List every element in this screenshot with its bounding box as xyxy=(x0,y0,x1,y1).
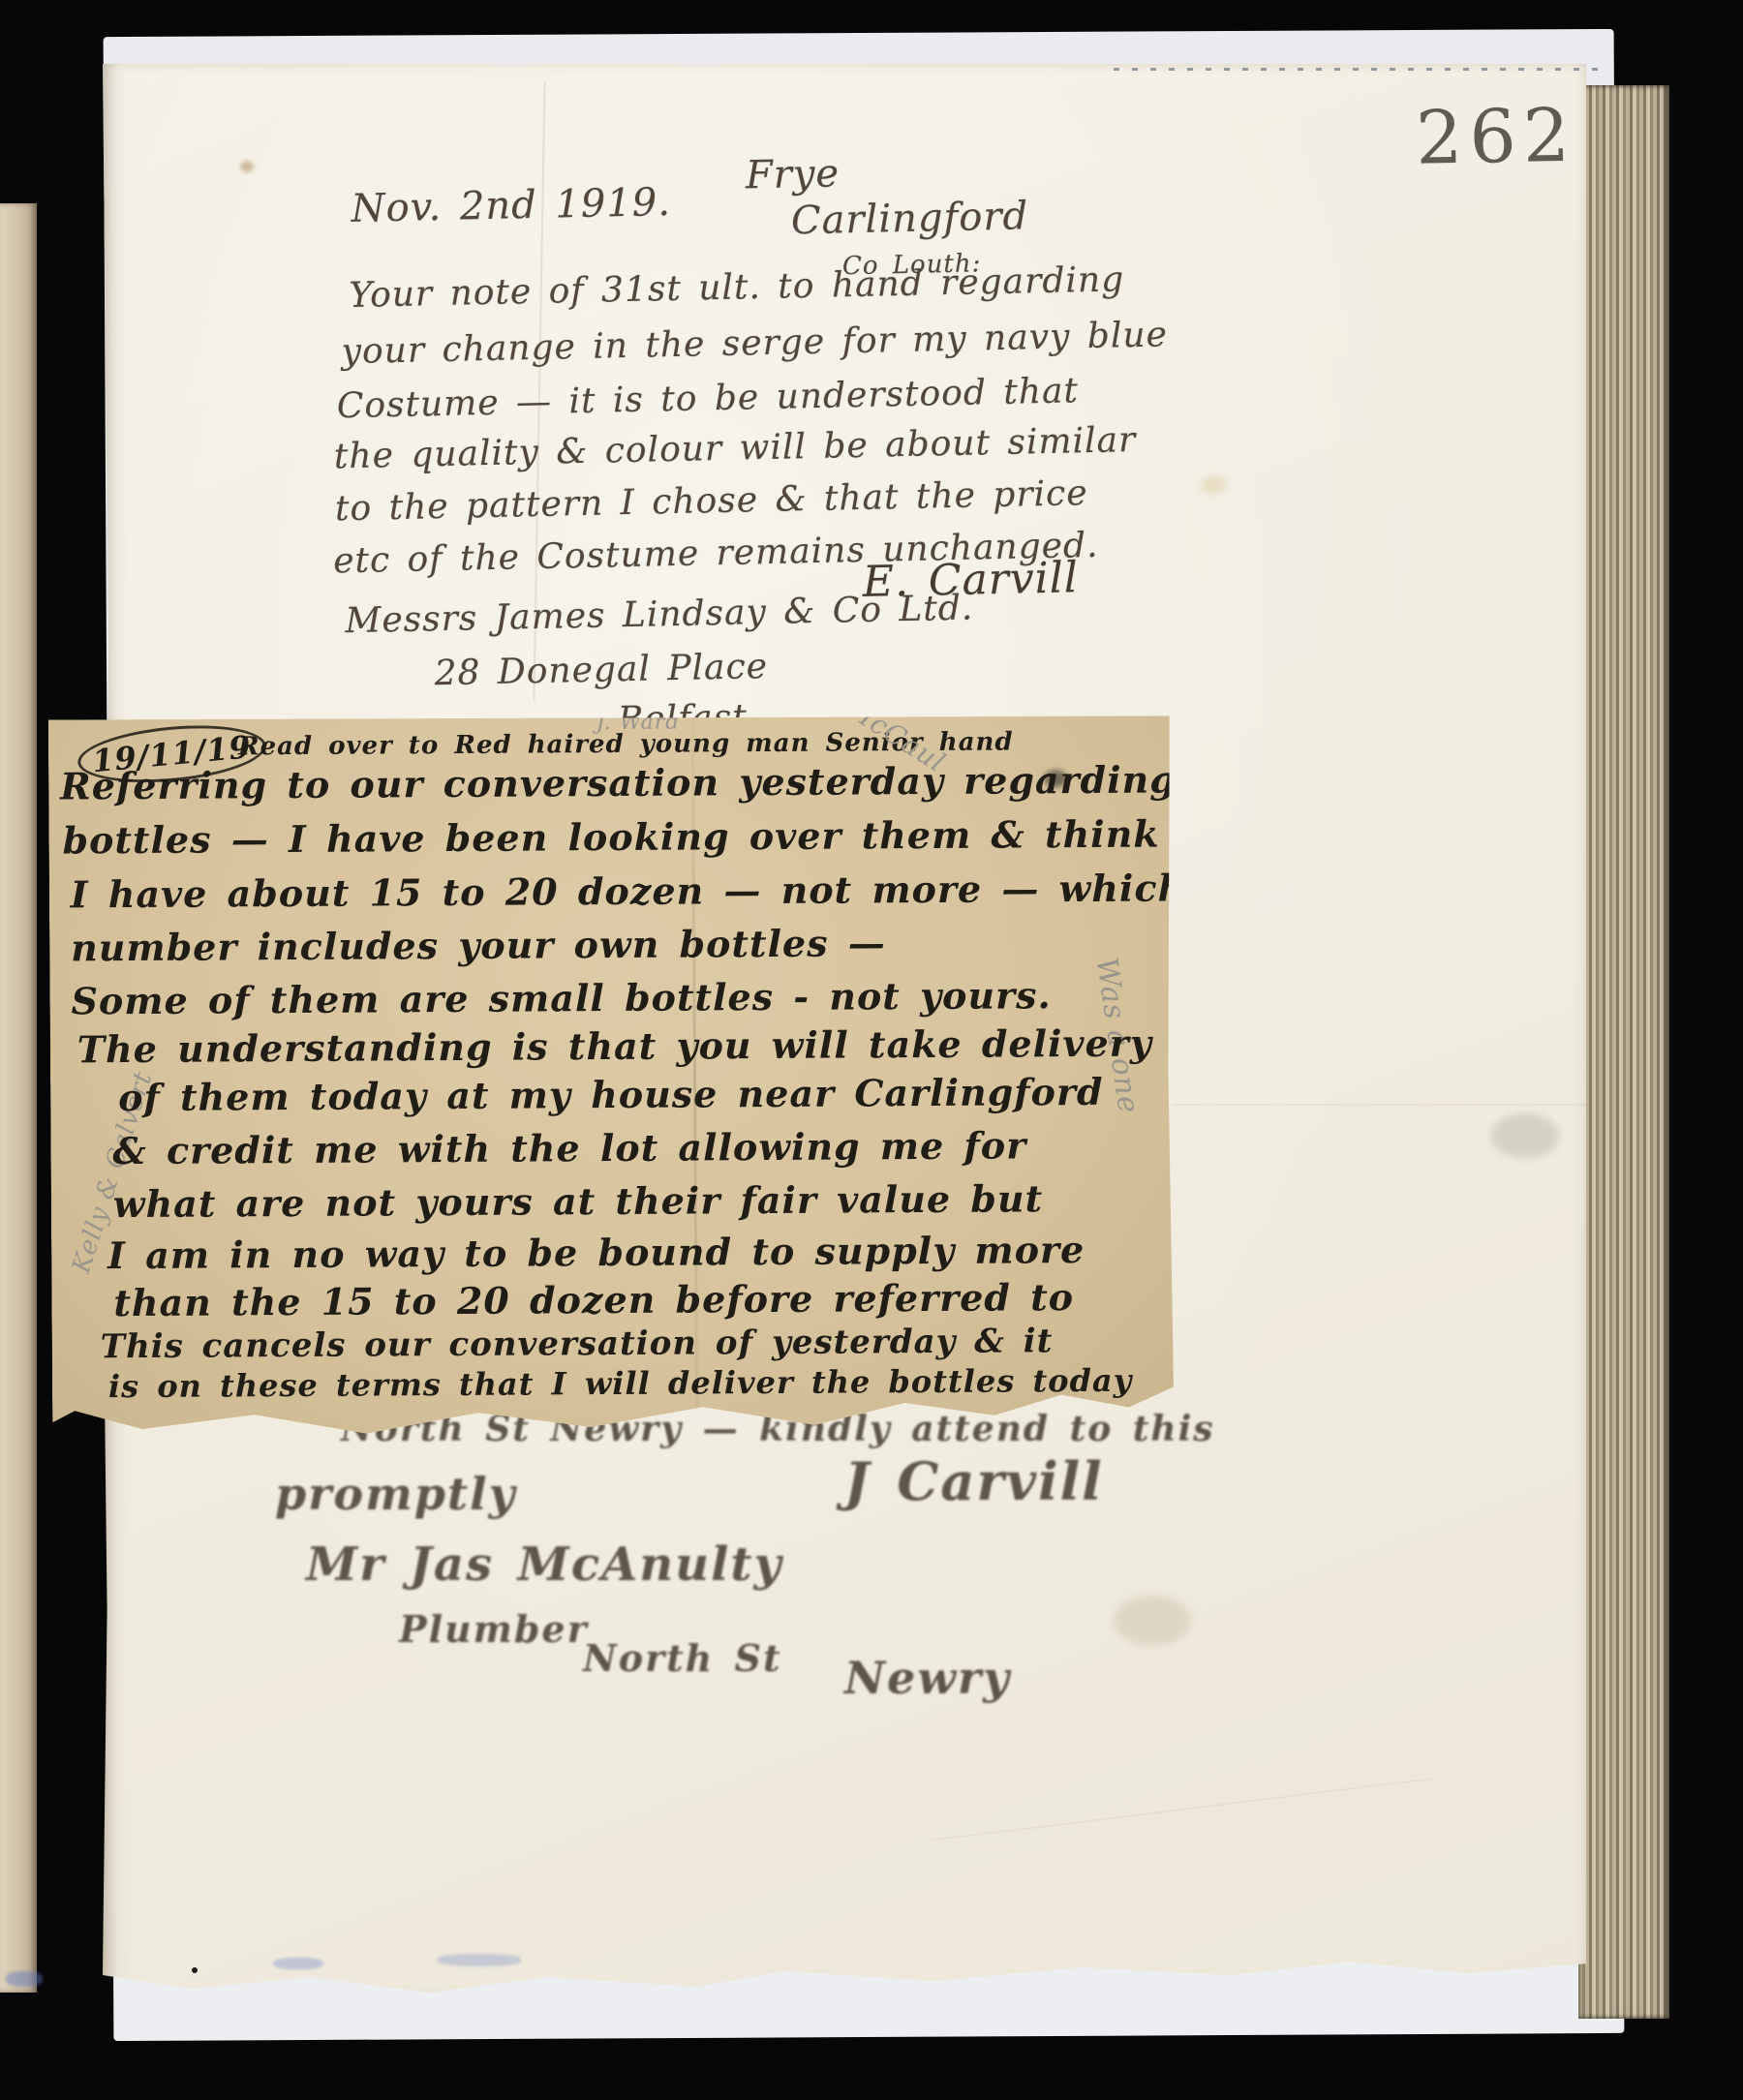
card-line: number includes your own bottles — xyxy=(71,921,886,969)
page-number-stamp: 262 xyxy=(1415,91,1610,180)
card-line: bottles — I have been looking over them … xyxy=(62,812,1159,863)
card-line: I am in no way to be bound to supply mor… xyxy=(107,1228,1085,1277)
binding-edge xyxy=(0,203,37,1993)
card-line: This cancels our conversation of yesterd… xyxy=(101,1322,1054,1366)
scanned-letterbook-page: 262 Nov. 2nd 1919. Frye Carlingford Co L… xyxy=(0,0,1743,2100)
note-line: Newry xyxy=(844,1652,1011,1704)
perforation-dots xyxy=(1114,68,1598,71)
paper-stain xyxy=(1491,1113,1559,1158)
letter-place-line: Frye xyxy=(745,151,840,198)
letter-signature: E. Carvill xyxy=(862,553,1079,607)
card-line: Referring to our conversation yesterday … xyxy=(60,757,1177,807)
letter-address-line: 28 Donegal Place xyxy=(434,647,768,693)
letter-line: Costume — it is to be understood that xyxy=(336,371,1079,426)
blue-ink-smudge xyxy=(273,1958,323,1969)
card-line: what are not yours at their fair value b… xyxy=(113,1176,1044,1226)
card-line: The understanding is that you will take … xyxy=(77,1021,1152,1072)
paper-stain xyxy=(1201,476,1226,494)
letter-line: the quality & colour will be about simil… xyxy=(334,420,1137,476)
note-line: Mr Jas McAnulty xyxy=(306,1537,782,1592)
blue-ink-smudge xyxy=(6,1971,43,1987)
note-line: Plumber xyxy=(399,1607,589,1651)
paper-stain xyxy=(240,161,254,172)
ink-dot xyxy=(192,1967,198,1973)
top-letter: Nov. 2nd 1919. Frye Carlingford Co Louth… xyxy=(322,137,1207,775)
letter-line: your change in the serge for my navy blu… xyxy=(341,315,1168,372)
letter-date: Nov. 2nd 1919. xyxy=(351,180,671,231)
note-line: promptly xyxy=(275,1468,516,1520)
letter-line: Your note of 31st ult. to hand regarding xyxy=(349,259,1125,316)
paper-stain xyxy=(1114,1596,1191,1646)
card-line: & credit me with the lot allowing me for xyxy=(112,1123,1026,1172)
card-line: than the 15 to 20 dozen before referred … xyxy=(113,1275,1074,1324)
note-signature: J Carvill xyxy=(844,1450,1104,1512)
page-crease-horizontal xyxy=(1172,1104,1588,1106)
card-line: is on these terms that I will deliver th… xyxy=(108,1362,1133,1405)
letter-place-line: Carlingford xyxy=(790,194,1028,243)
blue-ink-smudge xyxy=(438,1954,521,1966)
pasted-card: 19/11/19 Read over to Red haired young m… xyxy=(48,713,1175,1438)
card-line: Some of them are small bottles - not you… xyxy=(71,973,1051,1022)
card-line: I have about 15 to 20 dozen — not more —… xyxy=(71,866,1186,916)
card-line: of them today at my house near Carlingfo… xyxy=(118,1070,1104,1119)
note-line: North St xyxy=(583,1636,782,1680)
letter-line: to the pattern I chose & that the price xyxy=(335,473,1088,529)
book-page-edges xyxy=(1578,85,1669,2019)
